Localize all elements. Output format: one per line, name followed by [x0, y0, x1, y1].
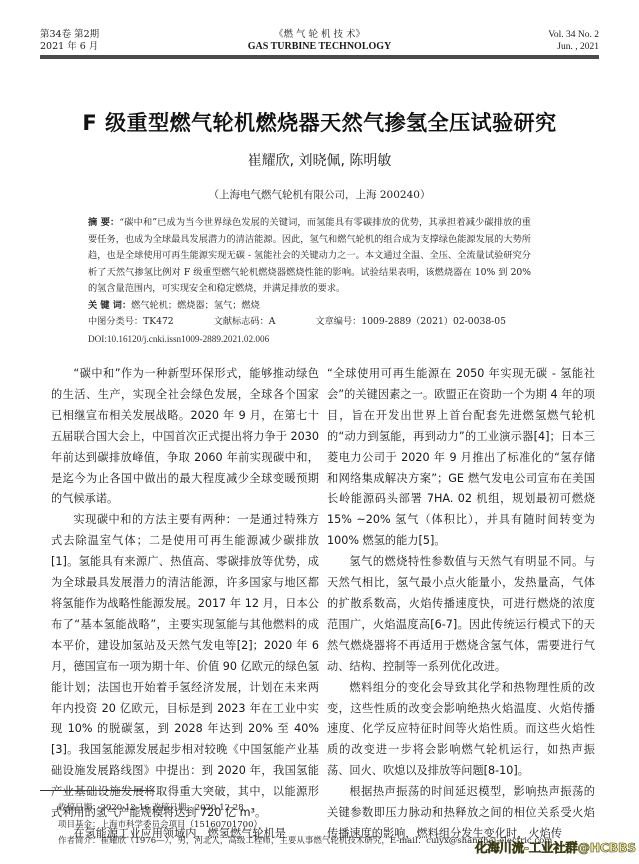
abstract-block: 摘 要：“碳中和”已成为当今世界绿色发展的关键词，而氢能具有零碳排放的优势，其承… — [88, 215, 531, 347]
abstract-label: 摘 要： — [88, 217, 119, 228]
header-rule — [40, 55, 599, 59]
journal-name-en: GAS TURBINE TECHNOLOGY — [40, 41, 599, 53]
clc-label: 中图分类号： — [88, 316, 143, 327]
article-no-value: 1009-2889（2021）02-0038-05 — [361, 316, 506, 327]
abstract: 摘 要：“碳中和”已成为当今世界绿色发展的关键词，而氢能具有零碳排放的优势，其承… — [88, 215, 531, 298]
doc-code-value: A — [269, 316, 276, 327]
watermark: 化海川流-工业社群@HCBBS — [475, 838, 636, 856]
keywords-text: 燃气轮机；燃烧器；氢气；燃烧 — [131, 300, 260, 311]
journal-name-cn: 《燃 气 轮 机 技 术》 — [40, 29, 599, 41]
volume-en: Vol. 34 No. 2 — [548, 29, 599, 41]
doi: DOI:10.16120/j.cnki.issn1009-2889.2021.0… — [88, 331, 531, 348]
keywords: 关 键 词：燃气轮机；燃烧器；氢气；燃烧 — [88, 298, 531, 315]
paragraph: 燃料组分的变化会导致其化学和热物理性质的改变，这些性质的改变会影响绝热火焰温度、… — [327, 678, 595, 783]
fund-info: 项目基金：上海市科学委员会项目（15160701700） — [58, 817, 619, 834]
paragraph: 氢气的燃烧特性参数值与天然气有明显不同。与天然气相比，氢气最小点火能量小，发热量… — [327, 552, 595, 677]
article-title: F 级重型燃气轮机燃烧器天然气掺氢全压试验研究 — [0, 107, 639, 137]
keywords-label: 关 键 词： — [88, 300, 131, 311]
abstract-text: “碳中和”已成为当今世界绿色发展的关键词，而氢能具有零碳排放的优势，其承担着减少… — [88, 217, 531, 294]
footnote-rule — [40, 790, 154, 791]
clc-value: TK472 — [143, 316, 174, 327]
classification-line: 中图分类号：TK472文献标志码：A文章编号：1009-2889（2021）02… — [88, 314, 531, 331]
paragraph: “碳中和”作为一种新型环保形式，能够推动绿色的生活、生产，实现全社会绿色发展，全… — [51, 364, 319, 510]
paragraph: 实现碳中和的方法主要有两种：一是通过特殊方式去除温室气体；二是使用可再生能源减少… — [51, 510, 319, 824]
header-right: Vol. 34 No. 2 Jun. , 2021 — [548, 29, 599, 53]
paragraph: “全球使用可再生能源在 2050 年实现无碳 - 氢能社会”的关键因素之一。欧盟… — [327, 364, 595, 552]
article-authors: 崔耀欣, 刘晓佩, 陈明敏 — [0, 150, 639, 170]
header-center: 《燃 气 轮 机 技 术》 GAS TURBINE TECHNOLOGY — [40, 29, 599, 53]
article-no-label: 文章编号： — [315, 316, 361, 327]
date-en: Jun. , 2021 — [548, 41, 599, 53]
body-column-left: “碳中和”作为一种新型环保形式，能够推动绿色的生活、生产，实现全社会绿色发展，全… — [51, 364, 319, 845]
received-dates: 收稿日期：2020-12-16 改稿日期：2020-12-28 — [58, 800, 619, 817]
body-column-right: “全球使用可再生能源在 2050 年实现无碳 - 氢能社会”的关键因素之一。欧盟… — [327, 364, 595, 845]
doc-code-label: 文献标志码： — [214, 316, 269, 327]
article-affiliation: （上海电气燃气轮机有限公司，上海 200240） — [0, 187, 639, 202]
